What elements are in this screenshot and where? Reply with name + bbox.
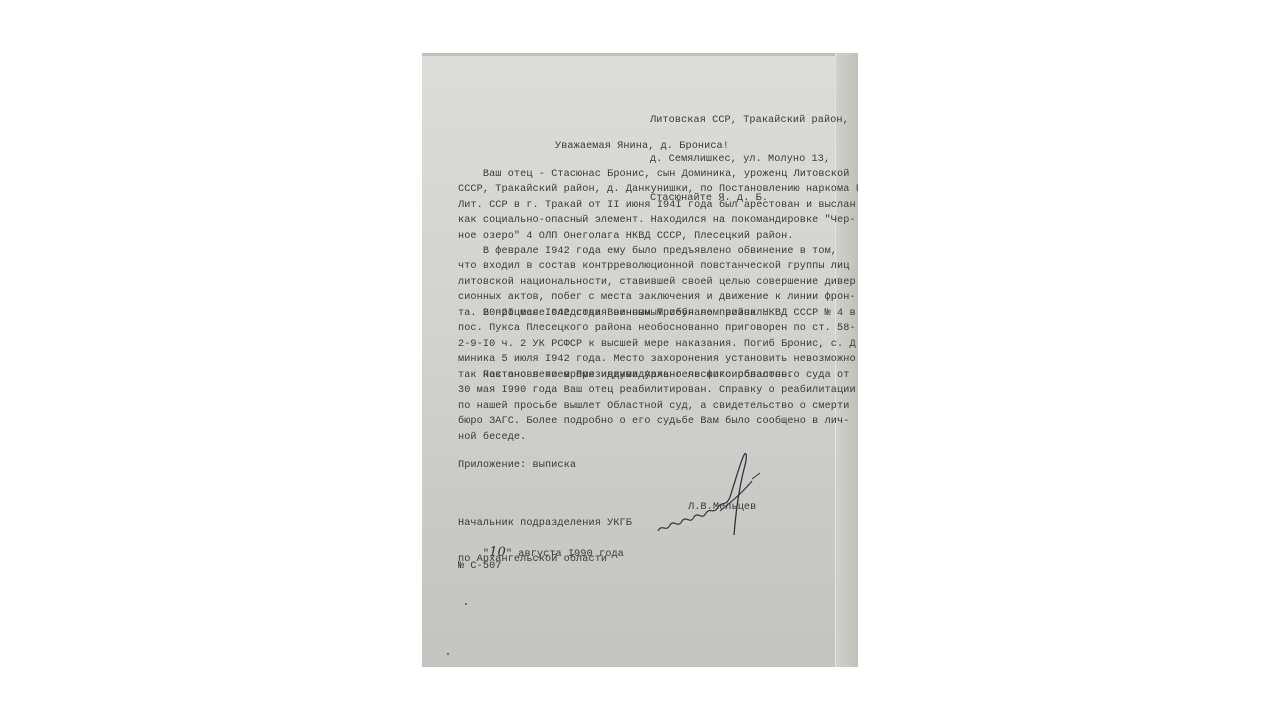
- address-line: д. Семялишкес, ул. Молуно 13,: [650, 153, 849, 166]
- attachment-note: Приложение: выписка: [458, 458, 576, 473]
- signer-name: Л.В.Мельцев: [688, 500, 756, 515]
- paper-speck: [465, 603, 467, 605]
- photo-top-shadow: [422, 53, 858, 56]
- paragraph-rehabilitation: Постановлением Президиума Архангельского…: [458, 368, 838, 445]
- registration-number: № С-507: [458, 559, 502, 574]
- paper-speck: [447, 653, 449, 655]
- address-line: Литовская ССР, Тракайский район,: [650, 114, 849, 127]
- handwritten-signature: [654, 449, 774, 539]
- paragraph-arrest: Ваш отец - Стасюнас Бронис, сын Доминика…: [458, 167, 838, 244]
- signer-title-line: Начальник подразделения УКГБ: [458, 518, 632, 530]
- document-photo: Литовская ССР, Тракайский район, д. Семя…: [422, 53, 858, 667]
- salutation: Уважаемая Янина, д. Брониса!: [555, 139, 729, 154]
- date-quote-close: ": [506, 549, 518, 560]
- date-month-year: августа I990 года: [518, 549, 624, 560]
